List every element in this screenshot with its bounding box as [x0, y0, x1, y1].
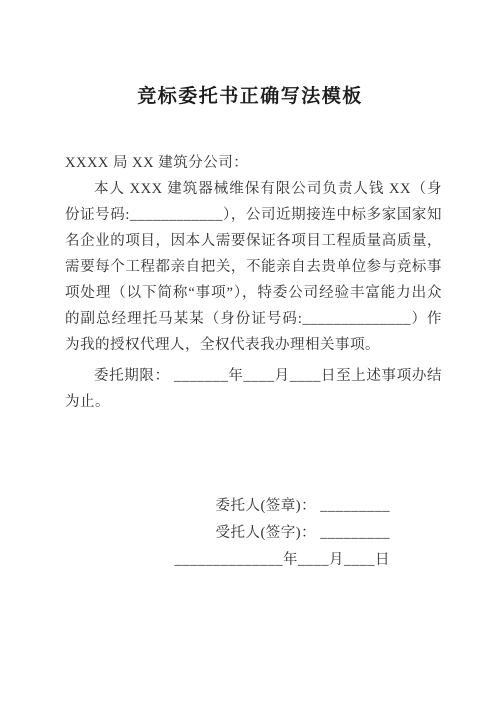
document-page: 竞标委托书正确写法模板 XXXX 局 XX 建筑分公司： 本人 XXX 建筑器械…	[0, 0, 500, 707]
signature-date-line: ______________年____月____日	[65, 547, 390, 574]
agent-signature-line: 受托人(签字)： _________	[65, 520, 390, 547]
salutation-line: XXXX 局 XX 建筑分公司：	[65, 150, 442, 176]
signature-block: 委托人(签章)： _________ 受托人(签字)： _________ __…	[65, 493, 390, 574]
document-body: XXXX 局 XX 建筑分公司： 本人 XXX 建筑器械维保有限公司负责人钱 X…	[65, 150, 442, 574]
document-title: 竞标委托书正确写法模板	[0, 84, 500, 110]
principal-signature-line: 委托人(签章)： _________	[65, 493, 390, 520]
term-paragraph: 委托期限： _______年____月____日至上述事项办结为止。	[65, 363, 442, 415]
body-paragraph: 本人 XXX 建筑器械维保有限公司负责人钱 XX（身份证号码:_________…	[65, 176, 442, 358]
